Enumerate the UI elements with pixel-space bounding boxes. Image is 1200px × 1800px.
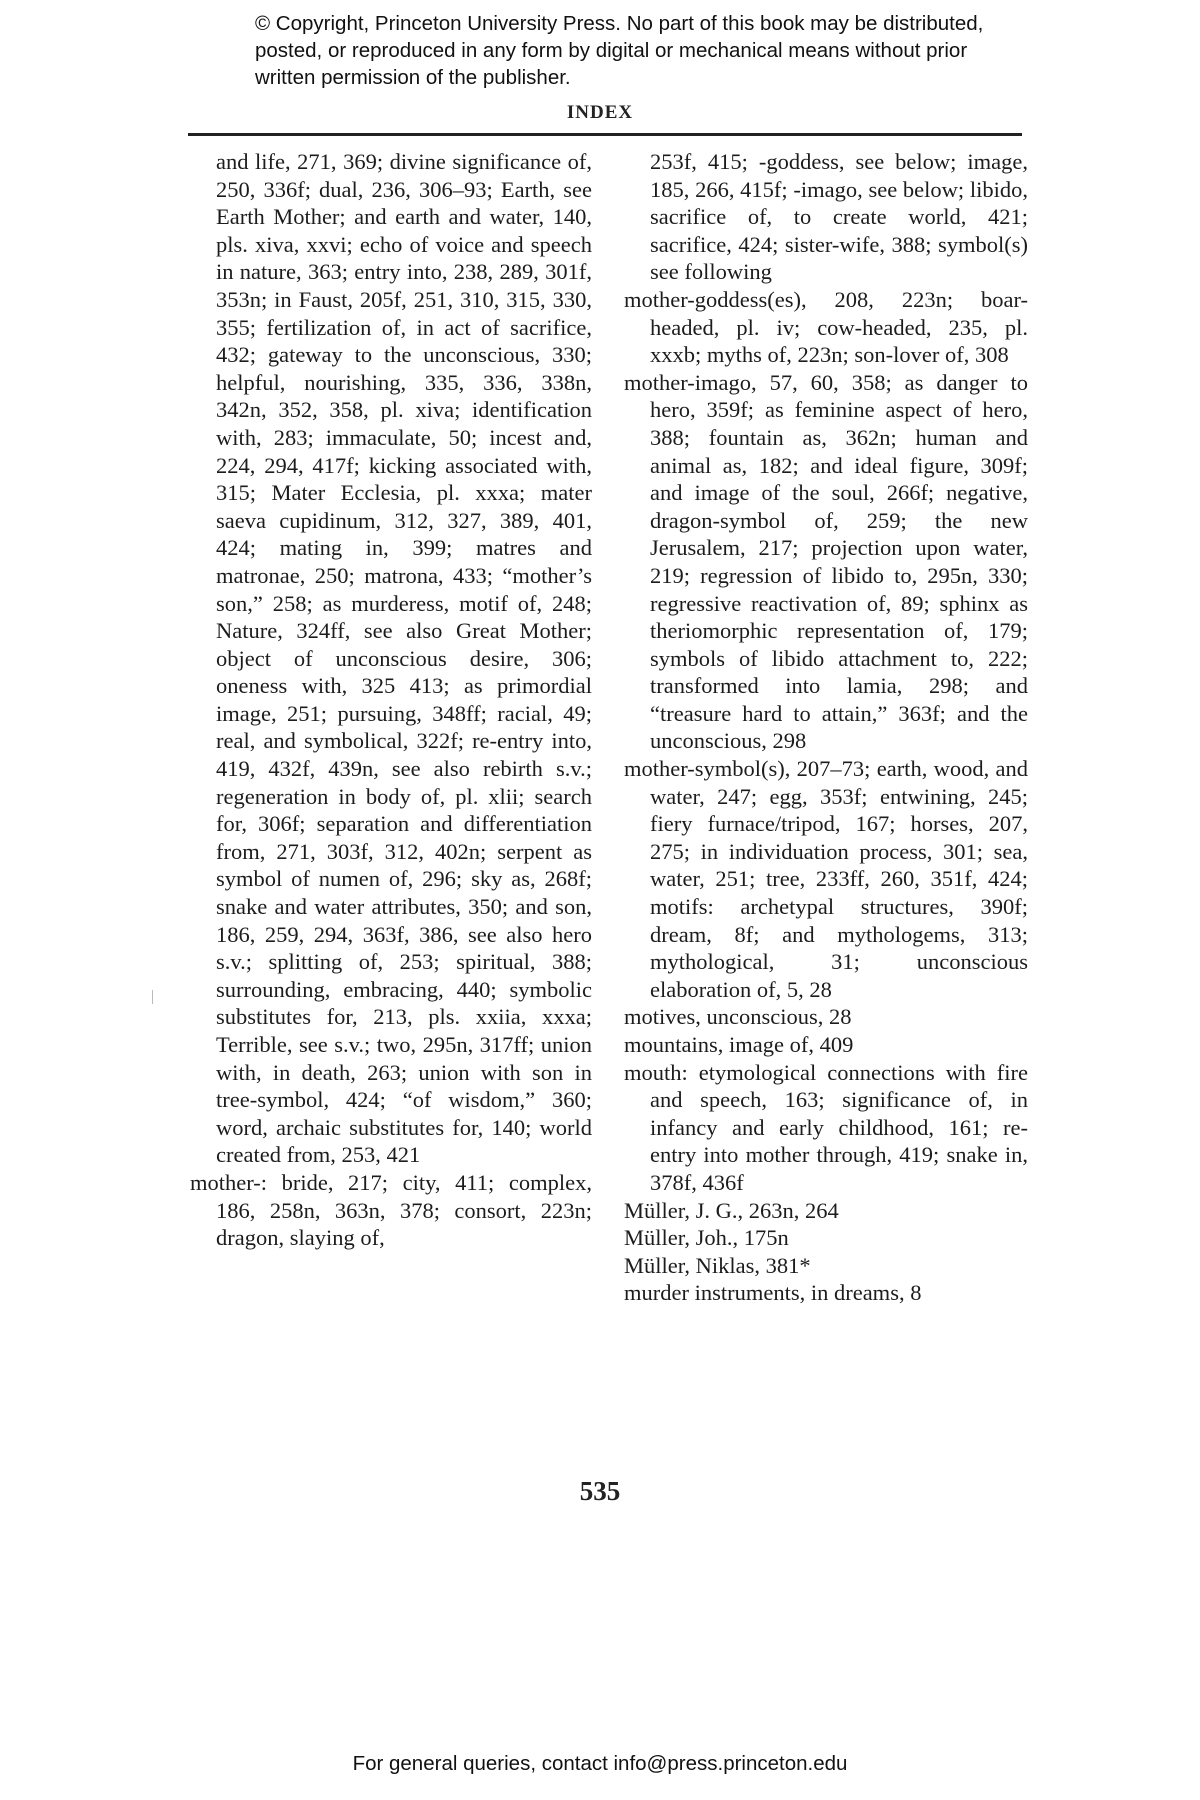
index-column-left: and life, 271, 369; divine significance … [190, 148, 592, 1252]
index-entry: Müller, Joh., 175n [624, 1224, 1028, 1252]
index-entry: motives, unconscious, 28 [624, 1003, 1028, 1031]
index-entry: mother-symbol(s), 207–73; earth, wood, a… [624, 755, 1028, 1003]
index-entry: murder instruments, in dreams, 8 [624, 1279, 1028, 1307]
running-head: INDEX [0, 102, 1200, 124]
index-entry: mother-goddess(es), 208, 223n; boar-head… [624, 286, 1028, 369]
index-entry: Müller, J. G., 263n, 264 [624, 1197, 1028, 1225]
copyright-notice: © Copyright, Princeton University Press.… [255, 10, 1015, 91]
footer-contact: For general queries, contact info@press.… [0, 1752, 1200, 1776]
index-column-right: 253f, 415; -goddess, see below; image, 1… [624, 148, 1028, 1307]
index-entry: mountains, image of, 409 [624, 1031, 1028, 1059]
index-entry: mouth: etymological connections with fir… [624, 1059, 1028, 1197]
header-rule [188, 133, 1022, 136]
index-entry: mother-imago, 57, 60, 358; as danger to … [624, 369, 1028, 755]
page-number: 535 [0, 1476, 1200, 1507]
index-entry-continuation: 253f, 415; -goddess, see below; image, 1… [624, 148, 1028, 286]
index-entry: Müller, Niklas, 381* [624, 1252, 1028, 1280]
index-entry-continuation: and life, 271, 369; divine significance … [190, 148, 592, 1169]
index-entry: mother-: bride, 217; city, 411; complex,… [190, 1169, 592, 1252]
scan-artifact [152, 990, 153, 1004]
